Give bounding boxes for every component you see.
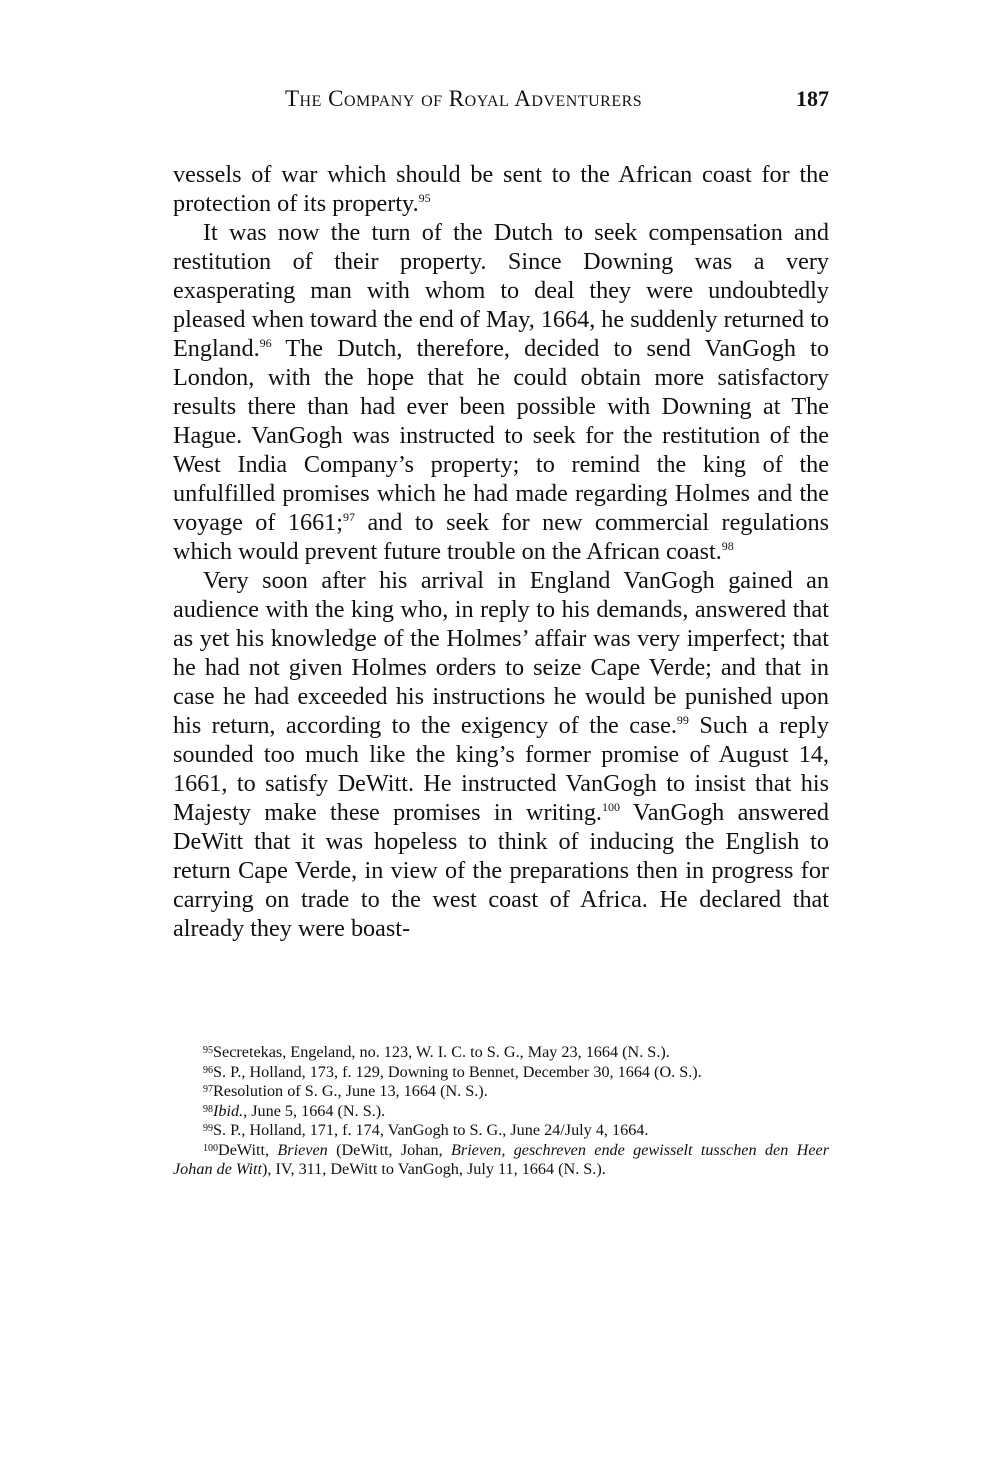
footnote-number: 99 (203, 1123, 213, 1134)
running-header: The Company of Royal Adventurers 187 (173, 86, 829, 116)
footnote-reference: 96 (260, 336, 272, 350)
footnote-number: 97 (203, 1084, 213, 1095)
footnote: 97Resolution of S. G., June 13, 1664 (N.… (173, 1082, 829, 1102)
text-run: , June 5, 1664 (N. S.). (243, 1102, 385, 1120)
footnote-number: 98 (203, 1104, 213, 1115)
footnotes: 95Secretekas, Engeland, no. 123, W. I. C… (173, 1043, 829, 1180)
footnote-reference: 98 (722, 539, 734, 553)
footnote-reference: 100 (602, 800, 620, 814)
text-run: The Dutch, therefore, decided to send Va… (173, 335, 829, 536)
footnote: 99S. P., Holland, 171, f. 174, VanGogh t… (173, 1121, 829, 1141)
footnote: 96S. P., Holland, 173, f. 129, Downing t… (173, 1063, 829, 1083)
footnote-number: 96 (203, 1065, 213, 1076)
page-number: 187 (796, 86, 829, 112)
paragraph: Very soon after his arrival in England V… (173, 566, 829, 943)
text-run: ), IV, 311, DeWitt to VanGogh, July 11, … (262, 1160, 606, 1178)
text-run: (DeWitt, Johan, (328, 1141, 451, 1159)
text-run: S. P., Holland, 171, f. 174, VanGogh to … (213, 1121, 648, 1139)
footnote-number: 100 (203, 1143, 218, 1154)
text-run: Resolution of S. G., June 13, 1664 (N. S… (213, 1082, 488, 1100)
italic-text: Ibid. (213, 1102, 243, 1120)
paragraph: vessels of war which should be sent to t… (173, 160, 829, 218)
text-run: Secretekas, Engeland, no. 123, W. I. C. … (213, 1043, 670, 1061)
text-run: vessels of war which should be sent to t… (173, 161, 829, 217)
body-text: vessels of war which should be sent to t… (173, 160, 829, 943)
text-run: DeWitt, (218, 1141, 277, 1159)
footnote: 95Secretekas, Engeland, no. 123, W. I. C… (173, 1043, 829, 1063)
footnote-reference: 99 (677, 713, 689, 727)
footnote-reference: 95 (419, 191, 431, 205)
paragraph: It was now the turn of the Dutch to seek… (173, 218, 829, 566)
footnote: 100DeWitt, Brieven (DeWitt, Johan, Briev… (173, 1141, 829, 1180)
footnote-number: 95 (203, 1045, 213, 1056)
text-run: S. P., Holland, 173, f. 129, Downing to … (213, 1063, 702, 1081)
running-title: The Company of Royal Adventurers (285, 86, 642, 112)
footnote-reference: 97 (343, 510, 355, 524)
footnote: 98Ibid., June 5, 1664 (N. S.). (173, 1102, 829, 1122)
italic-text: Brieven (277, 1141, 327, 1159)
